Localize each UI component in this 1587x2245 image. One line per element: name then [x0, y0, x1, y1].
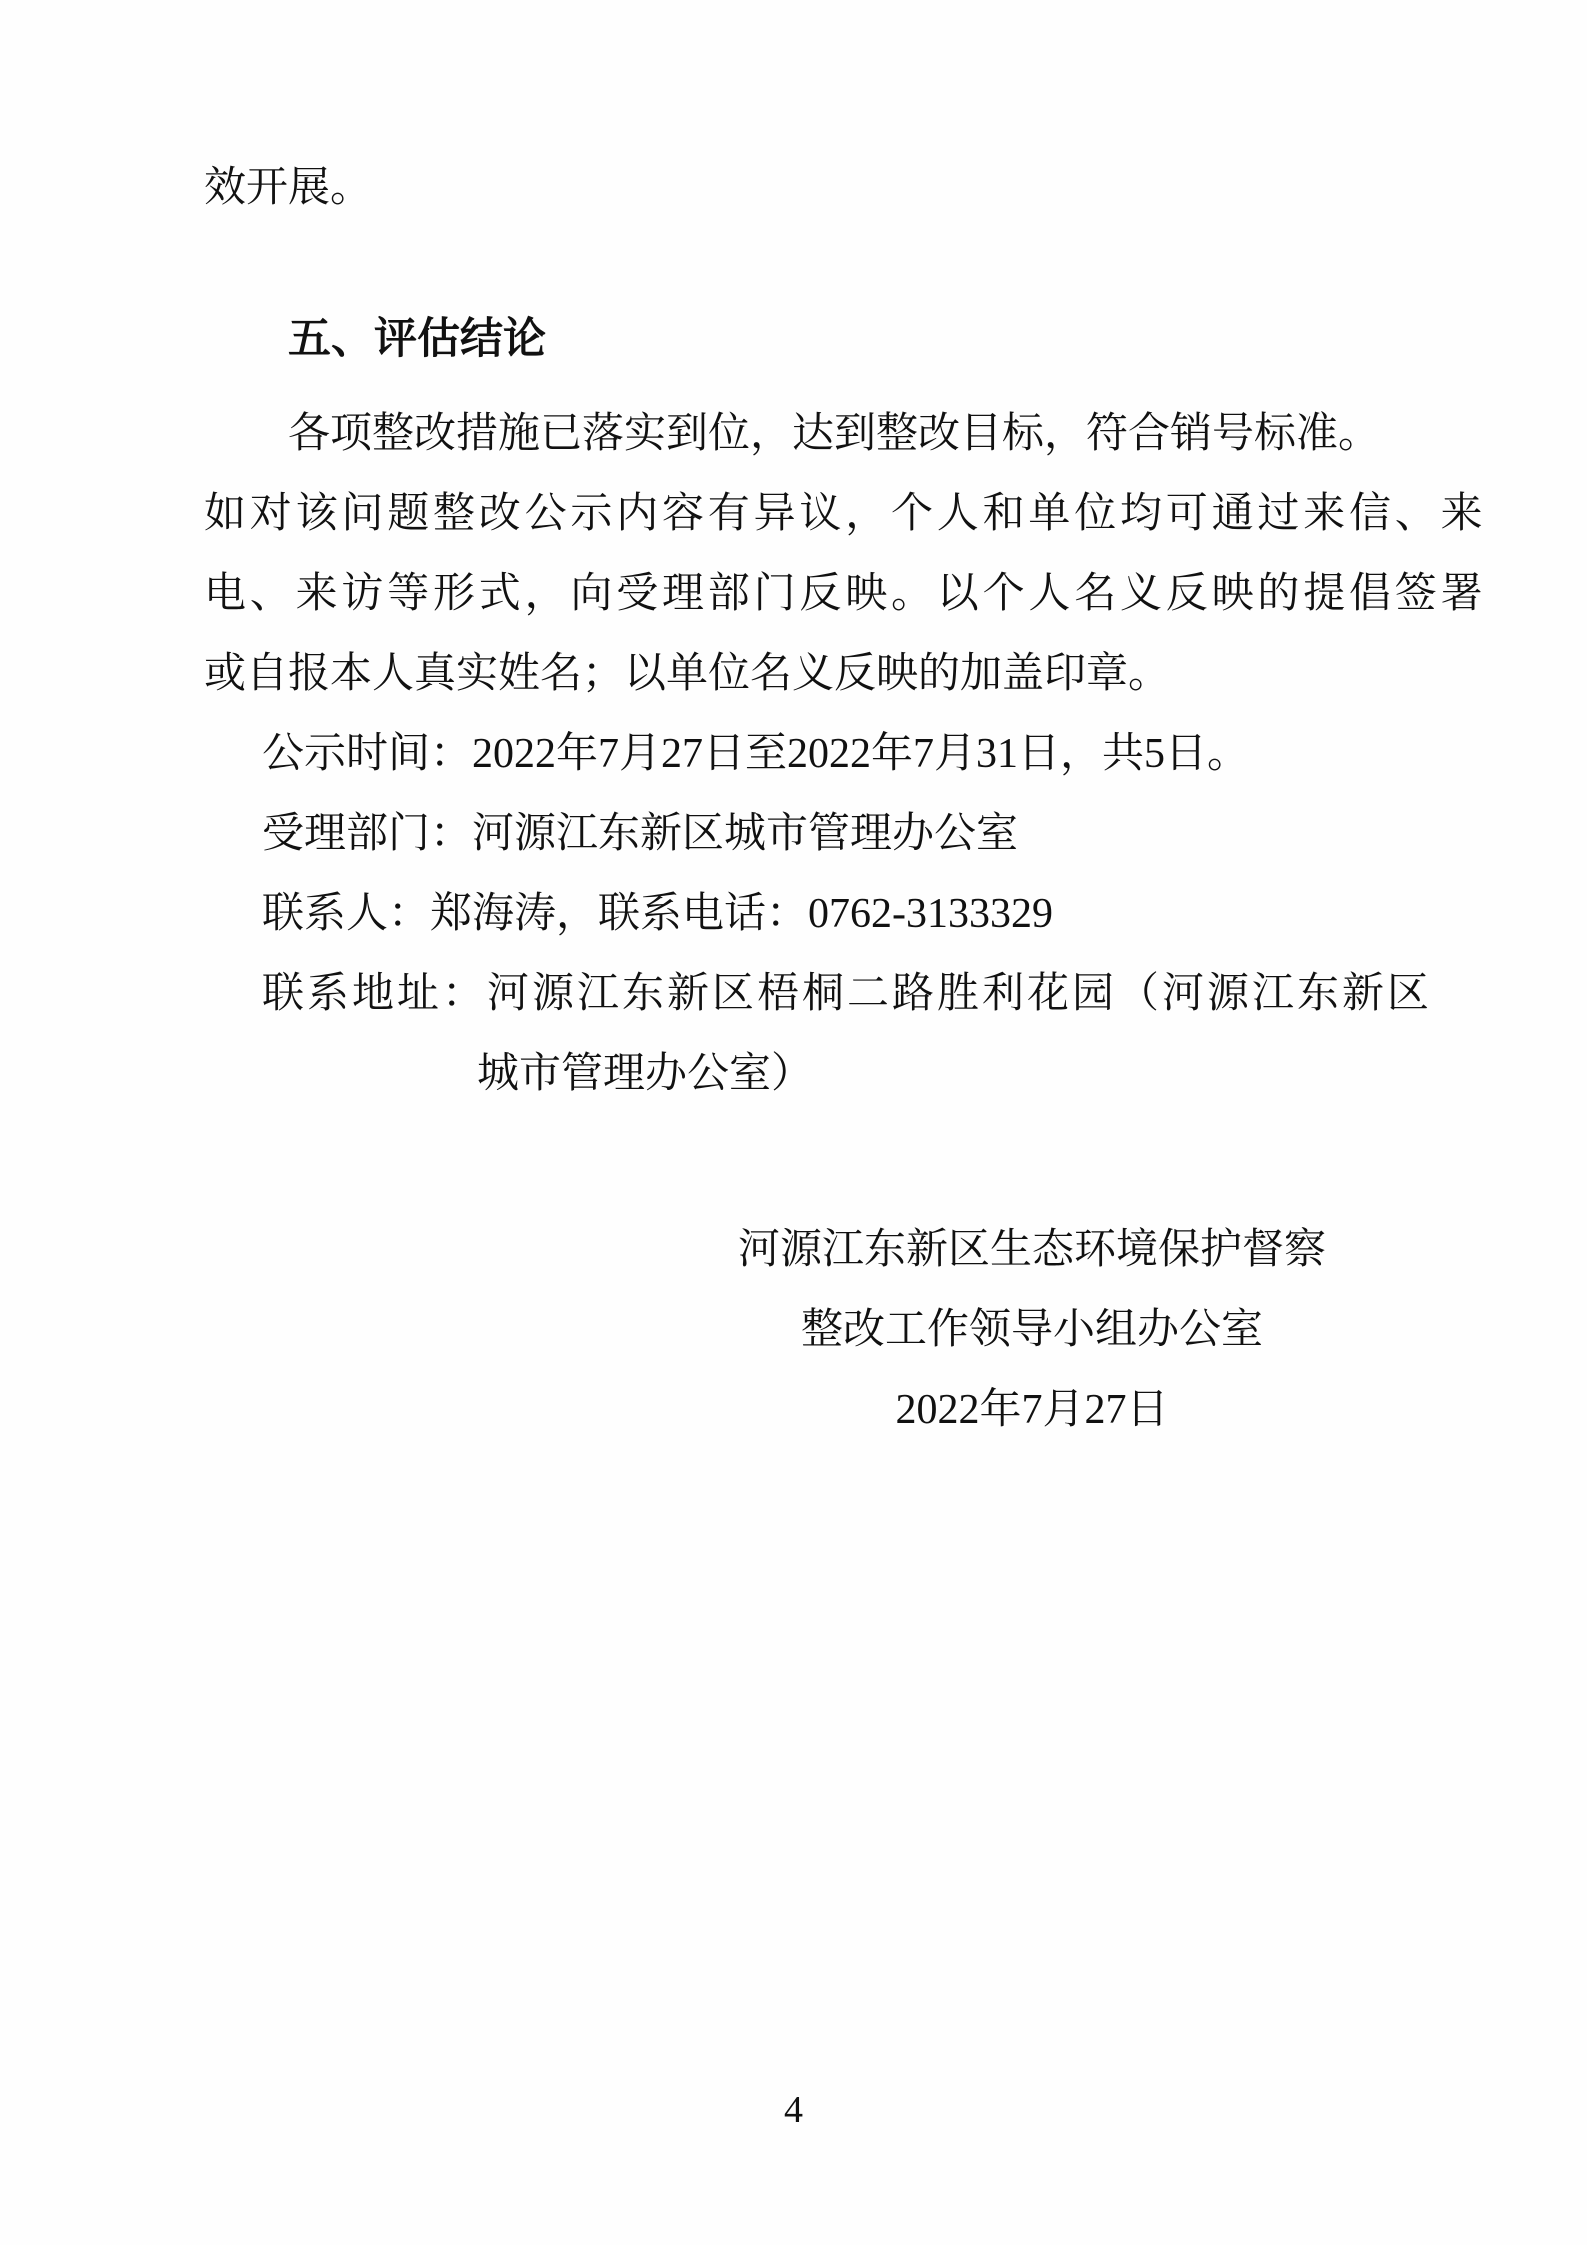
page-number: 4 — [0, 2088, 1587, 2132]
accepting-department-line: 受理部门：河源江东新区城市管理办公室 — [204, 794, 1444, 874]
paragraph-continuation-line: 效开展。 — [204, 148, 1444, 228]
body-text: 效开展。 五、评估结论 各项整改措施已落实到位，达到整改目标，符合销号标准。 如… — [204, 148, 1444, 1450]
signature-block: 河源江东新区生态环境保护督察 整改工作领导小组办公室 2022年7月27日 — [412, 1210, 1587, 1450]
section-heading: 五、评估结论 — [204, 300, 1444, 380]
paragraph-line: 各项整改措施已落实到位，达到整改目标，符合销号标准。 — [204, 394, 1444, 474]
signature-date: 2022年7月27日 — [412, 1370, 1587, 1450]
contact-person-line: 联系人：郑海涛，联系电话：0762-3133329 — [204, 874, 1444, 954]
signature-office-line: 整改工作领导小组办公室 — [412, 1290, 1587, 1370]
paragraph-line: 或自报本人真实姓名；以单位名义反映的加盖印章。 — [204, 634, 1444, 714]
paragraph-line: 电、来访等形式，向受理部门反映。以个人名义反映的提倡签署 — [204, 554, 1444, 634]
paragraph-line: 如对该问题整改公示内容有异议，个人和单位均可通过来信、来 — [204, 474, 1444, 554]
document-page: 效开展。 五、评估结论 各项整改措施已落实到位，达到整改目标，符合销号标准。 如… — [0, 0, 1587, 2245]
contact-address-line: 联系地址：河源江东新区梧桐二路胜利花园（河源江东新区 — [204, 954, 1444, 1034]
signature-organization-line: 河源江东新区生态环境保护督察 — [412, 1210, 1587, 1290]
contact-address-wrap-line: 城市管理办公室） — [204, 1034, 1444, 1114]
publicity-period-line: 公示时间：2022年7月27日至2022年7月31日，共5日。 — [204, 714, 1444, 794]
